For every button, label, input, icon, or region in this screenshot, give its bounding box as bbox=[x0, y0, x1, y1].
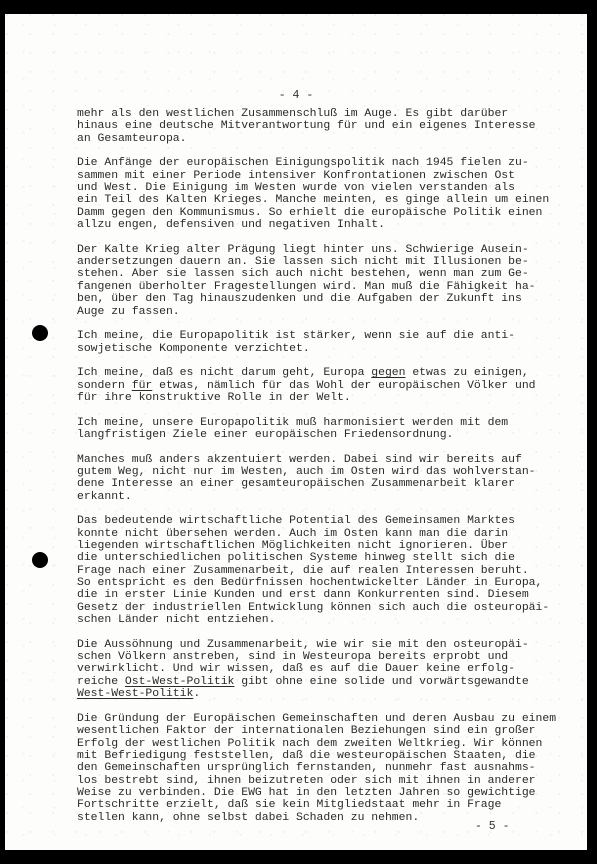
punch-hole-bottom bbox=[32, 552, 48, 568]
text-line: schen Länder nicht entziehen. bbox=[77, 614, 587, 626]
text-line: hinaus eine deutsche Mitverantwortung fü… bbox=[77, 120, 587, 132]
text-line: Auge zu fassen. bbox=[77, 306, 587, 318]
underlined-emphasis: West-West-Politik bbox=[77, 687, 193, 700]
text-line: dene Interesse an einer gesamteuropäisch… bbox=[77, 478, 587, 490]
paragraph: Ich meine, unsere Europapolitik muß harm… bbox=[77, 417, 587, 442]
paragraph: Ich meine, daß es nicht darum geht, Euro… bbox=[77, 367, 587, 404]
text-line: an Gesamteuropa. bbox=[77, 133, 587, 145]
paragraph: Ich meine, die Europapolitik ist stärker… bbox=[77, 330, 587, 355]
document-page: - 4 - mehr als den westlichen Zusammensc… bbox=[5, 14, 587, 850]
paragraph: Die Gründung der Europäischen Gemeinscha… bbox=[77, 713, 587, 824]
paragraph: mehr als den westlichen Zusammenschluß i… bbox=[77, 108, 587, 145]
text-line: Ich meine, daß es nicht darum geht, Euro… bbox=[77, 367, 587, 379]
punch-hole-top bbox=[32, 325, 48, 341]
text-line: den Gemeinschaften ursprünglich fernstan… bbox=[77, 762, 587, 774]
paragraph: Der Kalte Krieg alter Prägung liegt hint… bbox=[77, 244, 587, 318]
text-line: langfristigen Ziele einer europäischen F… bbox=[77, 429, 587, 441]
text-line: Das bedeutende wirtschaftliche Potential… bbox=[77, 515, 587, 527]
text-line: die in erster Linie Kunden und erst dann… bbox=[77, 589, 587, 601]
text-line: Die Anfänge der europäischen Einigungspo… bbox=[77, 157, 587, 169]
document-body: mehr als den westlichen Zusammenschluß i… bbox=[77, 108, 587, 836]
text-line: stehen. Aber sie lassen sich auch nicht … bbox=[77, 268, 587, 280]
text-line: ben, über den Tag hinauszudenken und die… bbox=[77, 293, 587, 305]
text-line: West-West-Politik. bbox=[77, 688, 587, 700]
text-line: erkannt. bbox=[77, 491, 587, 503]
underlined-emphasis: gegen bbox=[371, 366, 405, 379]
underlined-emphasis: Ost-West-Politik bbox=[125, 675, 235, 688]
next-page-marker: - 5 - bbox=[475, 820, 510, 833]
text-line: stellen kann, ohne selbst dabei Schaden … bbox=[77, 812, 587, 824]
paragraph: Manches muß anders akzentuiert werden. D… bbox=[77, 454, 587, 503]
paragraph: Die Aussöhnung und Zusammenarbeit, wie w… bbox=[77, 639, 587, 701]
text-line: wesentlichen Faktor der internationalen … bbox=[77, 725, 587, 737]
text-line: für ihre konstruktive Rolle in der Welt. bbox=[77, 392, 587, 404]
text-line: ein Teil des Kalten Krieges. Manche mein… bbox=[77, 194, 587, 206]
page-number: - 4 - bbox=[5, 89, 587, 102]
underlined-emphasis: für bbox=[132, 379, 153, 392]
paragraph: Die Anfänge der europäischen Einigungspo… bbox=[77, 157, 587, 231]
text-line: allzu engen, defensiven und negativen In… bbox=[77, 219, 587, 231]
text-line: Ich meine, die Europapolitik ist stärker… bbox=[77, 330, 587, 342]
text-line: die unterschiedlichen politischen System… bbox=[77, 552, 587, 564]
paragraph: Das bedeutende wirtschaftliche Potential… bbox=[77, 515, 587, 626]
text-line: sowjetische Komponente verzichtet. bbox=[77, 343, 587, 355]
text-line: Fortschritte erzielt, daß sie kein Mitgl… bbox=[77, 799, 587, 811]
